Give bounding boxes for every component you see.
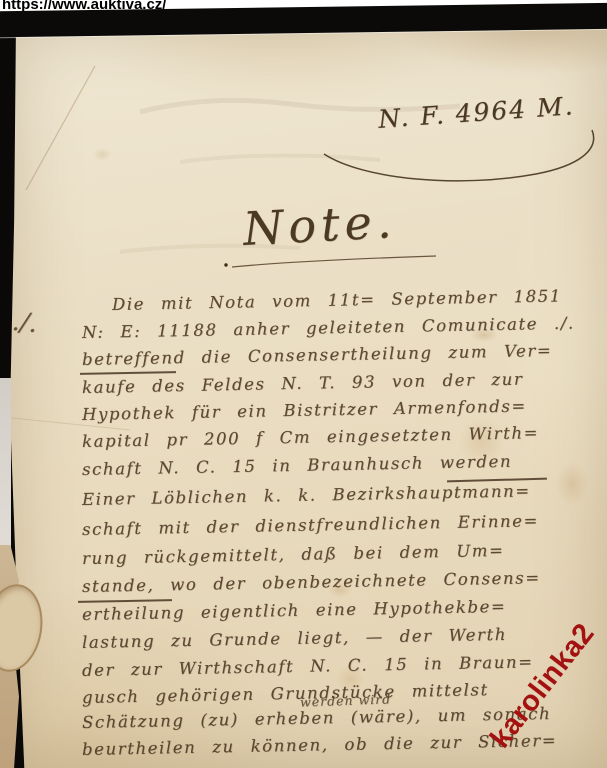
scanned-letter-screenshot: N. F. 4964 M. Note. ./. Die mit Nota vom… [0,0,607,768]
foxing-spot [556,462,588,506]
reference-flourish-swash [320,112,605,187]
foxing-spot [92,148,112,161]
interlinear-insertion: werden wird [300,691,392,709]
title-underline [222,246,440,274]
margin-reference-mark: ./. [11,307,39,339]
